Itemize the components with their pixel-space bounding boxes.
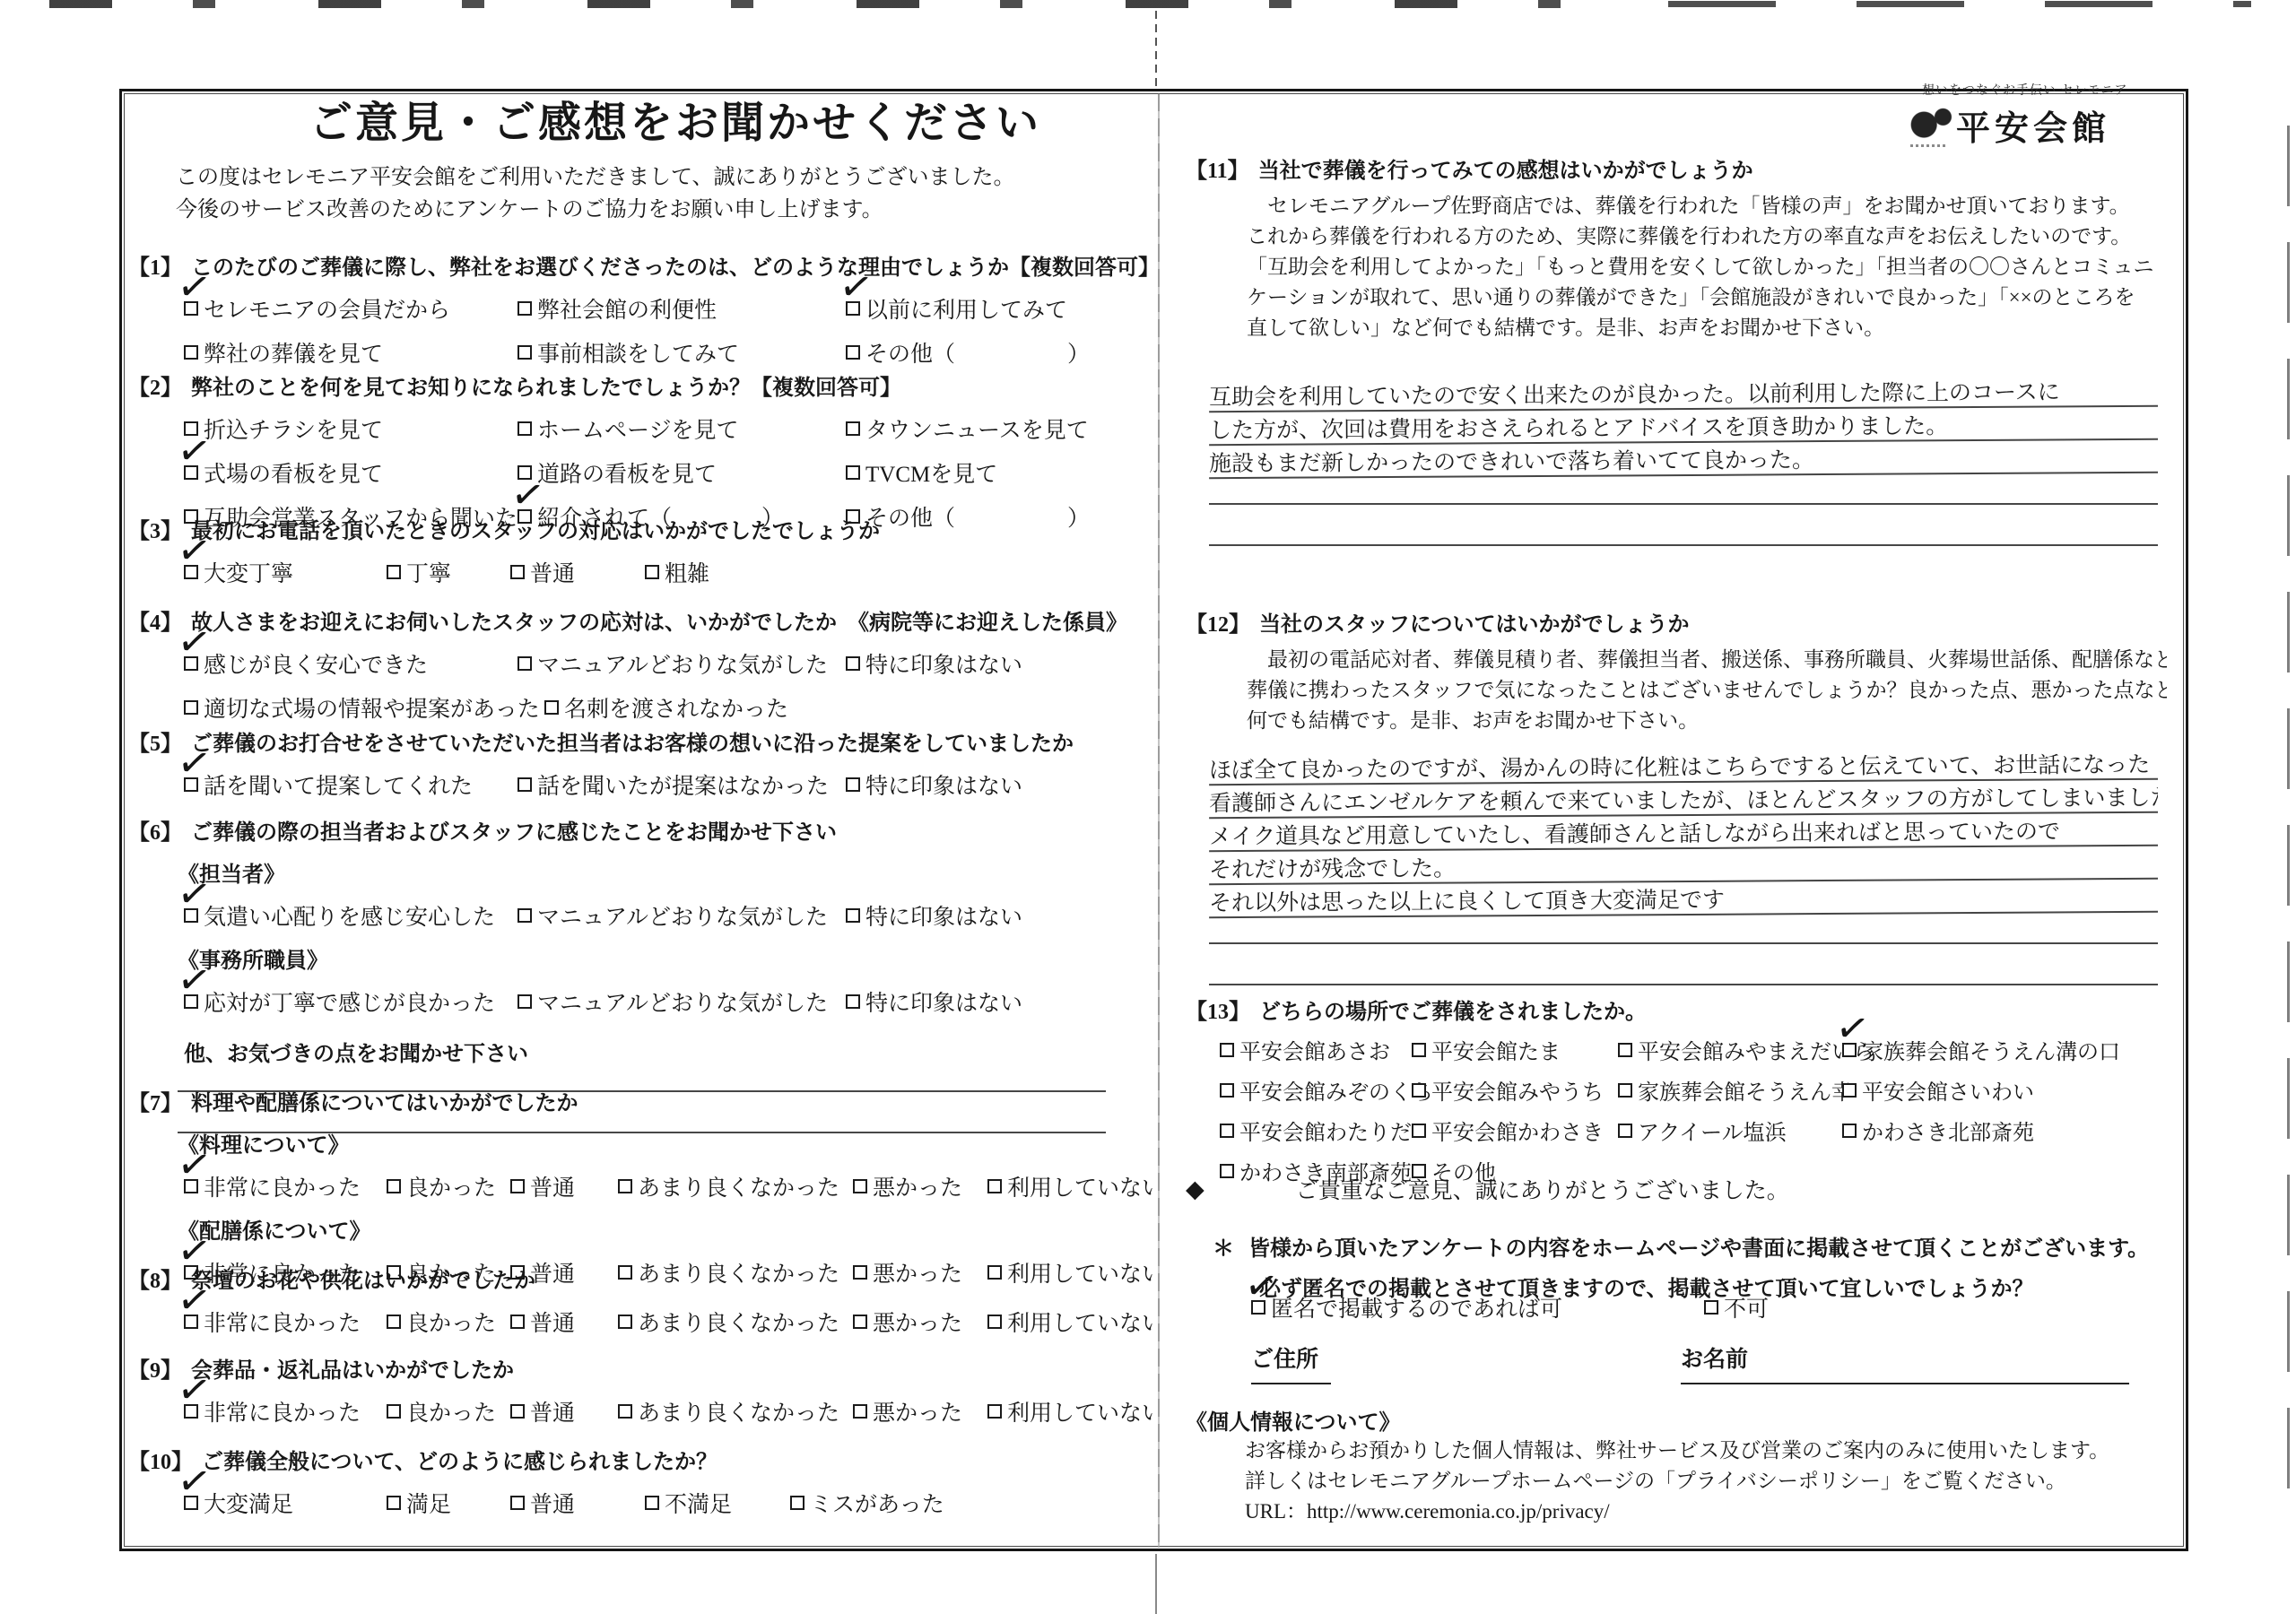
- checkbox: [846, 656, 860, 671]
- checkbox-option[interactable]: 平安会館さいわい: [1842, 1074, 2034, 1106]
- question-text: 当社のスタッフについてはいかがでしょうか: [1259, 613, 1690, 637]
- option-label: 平安会館さいわい: [1862, 1074, 2034, 1106]
- option-label: 以前に利用してみて: [865, 292, 1067, 325]
- checkbox: [987, 1404, 1002, 1419]
- handwritten-checkmark: ✓: [1241, 1264, 1283, 1309]
- note-line-1: ＊皆様から頂いたアンケートの内容をホームページや書面に掲載させて頂くことがござい…: [1213, 1230, 2149, 1262]
- checkbox: [1220, 1083, 1234, 1098]
- options-row: 平安会館みぞのくち 平安会館みやうち 家族葬会館そうえん幸 平安会館さいわい: [1220, 1074, 2167, 1106]
- option-label: 特に印象はない: [865, 899, 1022, 932]
- handwritten-checkmark: ✓: [174, 872, 216, 917]
- checkbox-option[interactable]: あまり良くなかった: [618, 1395, 853, 1427]
- option-label: 悪かった: [873, 1170, 962, 1202]
- checkbox-option[interactable]: かわさき北部斎苑: [1842, 1115, 2034, 1146]
- question-title: 【3】最初にお電話を頂いたときのスタッフの対応はいかがでしたでしょうか: [128, 513, 1152, 544]
- checkbox-option[interactable]: 平安会館たま: [1412, 1034, 1618, 1065]
- scan-artifact-top-edge-right: [1668, 1, 2251, 7]
- checkbox-option[interactable]: ✓非常に良かった: [184, 1395, 387, 1427]
- privacy-header: 《個人情報について》: [1186, 1404, 2167, 1436]
- column-divider-line: [1158, 93, 1160, 1548]
- handwritten-checkmark: ✓: [174, 1279, 216, 1323]
- option-label: 感じが良く安心できた: [204, 647, 428, 680]
- options-row: ✓非常に良かった 良かった 普通 あまり良くなかった 悪かった 利用していない: [184, 1170, 1152, 1202]
- option-label: セレモニアの会員だから: [204, 292, 450, 325]
- signature-fields: ご住所 お名前: [1251, 1341, 2129, 1384]
- subgroup-label: 《配膳係について》: [178, 1213, 1152, 1245]
- checkbox-option[interactable]: ✓大変満足: [184, 1487, 387, 1519]
- checkbox-option[interactable]: 普通: [510, 1487, 645, 1519]
- question-title: 【6】ご葬儀の際の担当者およびスタッフに感じたことをお聞かせ下さい: [128, 814, 1152, 846]
- option-label: 良かった: [406, 1395, 496, 1427]
- options-row: 平安会館あさお 平安会館たま 平安会館みやまえだいら ✓家族葬会館そうえん溝の口: [1220, 1034, 2167, 1065]
- checkbox-option[interactable]: あまり良くなかった: [618, 1170, 853, 1202]
- options-row: ✓セレモニアの会員だから 弊社会館の利便性 ✓以前に利用してみて: [184, 292, 1152, 325]
- checkbox: [510, 1496, 525, 1510]
- handwritten-checkmark: ✓: [174, 265, 216, 310]
- checkbox-option[interactable]: 平安会館みやまえだいら: [1618, 1034, 1842, 1065]
- description-line: セレモニアグループ佐野商店では、葬儀を行われた「皆様の声」をお聞かせ頂いておりま…: [1247, 191, 2167, 221]
- option-label: 気遣い心配りを感じ安心した: [204, 899, 495, 932]
- answer-line: [1209, 942, 2158, 944]
- option-label: 良かった: [406, 1170, 496, 1202]
- handwritten-checkmark: ✓: [508, 473, 550, 518]
- question-title: 【11】当社で葬儀を行ってみての感想はいかがでしょうか: [1186, 152, 2167, 184]
- checkbox: [1412, 1043, 1426, 1057]
- flower-logo-icon: [1906, 104, 1956, 147]
- checkbox-option[interactable]: 特に印象はない: [846, 899, 1022, 932]
- option-label: 平安会館わたりだ: [1239, 1115, 1412, 1146]
- option-label: 非常に良かった: [204, 1306, 361, 1338]
- question-text: 当社で葬儀を行ってみての感想はいかがでしょうか: [1258, 160, 1753, 183]
- option-label: 不満足: [665, 1487, 732, 1519]
- question-number: 【7】: [128, 1092, 182, 1115]
- question-4: 【4】故人さまをお迎えにお伺いしたスタッフの応対は、いかがでしたか 《病院等にお…: [128, 604, 1152, 724]
- question-number: 【2】: [128, 377, 182, 400]
- checkbox-option[interactable]: 道路の看板を見て: [517, 456, 846, 489]
- answer-line: [1209, 984, 2158, 985]
- checkbox-option[interactable]: 特に印象はない: [846, 768, 1022, 801]
- options-row: ✓応対が丁寧で感じが良かった マニュアルどおりな気がした 特に印象はない: [184, 985, 1152, 1018]
- options-row: ✓気遣い心配りを感じ安心した マニュアルどおりな気がした 特に印象はない: [184, 899, 1152, 932]
- checkbox-option[interactable]: 粗雑: [645, 556, 709, 588]
- handwritten-checkmark: ✓: [174, 1143, 216, 1188]
- checkbox: [987, 1315, 1002, 1329]
- checkbox: [517, 908, 532, 923]
- question-title: 【8】祭壇のお花や供花はいかがでしたか: [128, 1263, 1152, 1294]
- checkbox-option[interactable]: ✓セレモニアの会員だから: [184, 292, 517, 325]
- free-comment-prompt: 他、お気づきの点をお聞かせ下さい: [184, 1036, 1152, 1067]
- checkbox-option[interactable]: 平安会館みぞのくち: [1220, 1074, 1412, 1106]
- checkbox: [846, 908, 860, 923]
- checkbox: [517, 994, 532, 1009]
- checkbox-option[interactable]: 不満足: [645, 1487, 790, 1519]
- description-line: これから葬儀を行われる方のため、実際に葬儀を行われた方の率直な声をお伝えしたいの…: [1247, 221, 2167, 252]
- question-number: 【3】: [128, 520, 182, 543]
- checkbox: [987, 1179, 1002, 1193]
- question-7: 【7】料理や配膳係についてはいかがでしたか 《料理について》 ✓非常に良かった …: [128, 1085, 1152, 1289]
- option-label: アクイール塩浜: [1638, 1115, 1787, 1146]
- fold-line-top: [1155, 11, 1157, 88]
- checkbox: [853, 1315, 867, 1329]
- checkbox-option[interactable]: 折込チラシを見て: [184, 412, 517, 445]
- handwritten-checkmark: ✓: [836, 265, 878, 310]
- question-title: 【12】当社のスタッフについてはいかがでしょうか: [1186, 606, 2167, 638]
- intro-text: この度はセレモニア平安会館をご利用いただきまして、誠にありがとうございました。 …: [176, 161, 1153, 226]
- checkbox: [387, 1404, 401, 1419]
- checkbox-option[interactable]: ✓非常に良かった: [184, 1306, 387, 1338]
- checkbox-option[interactable]: ✓感じが良く安心できた: [184, 647, 517, 680]
- checkbox-option[interactable]: あまり良くなかった: [618, 1306, 853, 1338]
- question-number: 【9】: [128, 1359, 182, 1383]
- option-label: 弊社会館の利便性: [537, 292, 717, 325]
- option-label: 利用していない: [1007, 1395, 1152, 1427]
- scan-artifact-top-edge: [49, 0, 1628, 8]
- option-label: その他（ ）: [865, 336, 1090, 369]
- checkbox-option[interactable]: 丁寧: [387, 556, 510, 588]
- address-field[interactable]: ご住所: [1251, 1341, 1331, 1384]
- handwriting-line: それだけが残念でした。: [1209, 846, 2158, 885]
- options-row: ✓大変満足 満足 普通 不満足 ミスがあった: [184, 1487, 1152, 1519]
- checkbox: [517, 656, 532, 671]
- option-label: TVCMを見て: [865, 456, 997, 489]
- checkbox-option[interactable]: 特に印象はない: [846, 647, 1022, 680]
- option-label: 道路の看板を見て: [537, 456, 717, 489]
- checkbox-option[interactable]: 悪かった: [853, 1306, 987, 1338]
- checkbox: [1412, 1124, 1426, 1138]
- checkbox: [1618, 1043, 1632, 1057]
- checkbox: [645, 565, 659, 579]
- question-5: 【5】ご葬儀のお打合せをさせていただいた担当者はお客様の想いに沿った提案をしてい…: [128, 725, 1152, 801]
- answer-line: [1209, 503, 2158, 505]
- description-line: 葬儀に携わったスタッフで気になったことはございませんでしょうか？良かった点、悪か…: [1247, 675, 2167, 706]
- option-label: 適切な式場の情報や提案があった: [204, 691, 540, 724]
- checkbox-option[interactable]: 良かった: [387, 1395, 510, 1427]
- checkbox: [618, 1404, 632, 1419]
- option-label: 普通: [530, 1170, 575, 1202]
- privacy-url[interactable]: URL：http://www.ceremonia.co.jp/privacy/: [1245, 1497, 2167, 1527]
- handwritten-checkmark: ✓: [174, 742, 216, 786]
- question-title: 【9】会葬品・返礼品はいかがでしたか: [128, 1352, 1152, 1384]
- checkbox-option[interactable]: 普通: [510, 1170, 618, 1202]
- question-text: ご葬儀全般について、どのように感じられましたか？: [202, 1451, 717, 1474]
- checkbox: [510, 565, 525, 579]
- question-title: 【10】ご葬儀全般について、どのように感じられましたか？: [128, 1444, 1152, 1475]
- checkbox-option[interactable]: ✓家族葬会館そうえん溝の口: [1842, 1034, 2120, 1065]
- question-description: セレモニアグループ佐野商店では、葬儀を行われた「皆様の声」をお聞かせ頂いておりま…: [1247, 191, 2167, 343]
- question-2: 【2】弊社のことを何を見てお知りになられましたでしょうか？【複数回答可】 折込チ…: [128, 369, 1152, 533]
- option-label: 大変満足: [204, 1487, 293, 1519]
- option-label: 特に印象はない: [865, 985, 1022, 1018]
- checkbox-option[interactable]: マニュアルどおりな気がした: [517, 647, 846, 680]
- checkbox: [184, 345, 198, 360]
- option-label: 匿名で掲載するのであれば可: [1271, 1291, 1562, 1323]
- option-label: 満足: [406, 1487, 451, 1519]
- fold-line-bottom: [1155, 1554, 1157, 1614]
- checkbox-option[interactable]: 弊社会館の利便性: [517, 292, 846, 325]
- question-text: ご葬儀の際の担当者およびスタッフに感じたことをお聞かせ下さい: [191, 821, 837, 845]
- checkbox: [846, 994, 860, 1009]
- checkbox-option[interactable]: 悪かった: [853, 1395, 987, 1427]
- checkbox: [387, 1179, 401, 1193]
- option-label: 家族葬会館そうえん幸: [1638, 1074, 1853, 1106]
- question-text: 会葬品・返礼品はいかがでしたか: [191, 1359, 514, 1383]
- checkbox-option[interactable]: 利用していない: [987, 1306, 1152, 1338]
- option-label: 弊社の葬儀を見て: [204, 336, 383, 369]
- checkbox-option[interactable]: ✓非常に良かった: [184, 1170, 387, 1202]
- checkbox-option[interactable]: マニュアルどおりな気がした: [517, 899, 846, 932]
- option-label: ホームページを見て: [537, 412, 739, 445]
- question-text: 最初にお電話を頂いたときのスタッフの対応はいかがでしたでしょうか: [191, 520, 880, 543]
- question-10: 【10】ご葬儀全般について、どのように感じられましたか？ ✓大変満足 満足 普通…: [128, 1444, 1152, 1519]
- consent-options: ✓匿名で掲載するのであれば可 不可: [1251, 1291, 1769, 1323]
- question-number: 【12】: [1186, 613, 1250, 637]
- question-text: 料理や配膳係についてはいかがでしたか: [191, 1092, 578, 1115]
- question-title: 【4】故人さまをお迎えにお伺いしたスタッフの応対は、いかがでしたか 《病院等にお…: [128, 604, 1152, 636]
- checkbox: [1618, 1083, 1632, 1098]
- option-label: 応対が丁寧で感じが良かった: [204, 985, 495, 1018]
- checkbox-option[interactable]: ミスがあった: [790, 1487, 944, 1519]
- brand-name: 平安会館: [1956, 100, 2110, 150]
- option-label: 話を聞いて提案してくれた: [204, 768, 473, 801]
- option-label: マニュアルどおりな気がした: [537, 647, 828, 680]
- question-3: 【3】最初にお電話を頂いたときのスタッフの対応はいかがでしたでしょうか ✓大変丁…: [128, 513, 1152, 588]
- checkbox: [846, 777, 860, 792]
- checkbox-option[interactable]: ✓大変丁寧: [184, 556, 387, 588]
- option-label: 平安会館みやうち: [1431, 1074, 1604, 1106]
- checkbox-option[interactable]: 事前相談をしてみて: [517, 336, 846, 369]
- option-label: 平安会館かわさき: [1431, 1115, 1604, 1146]
- options-row: 適切な式場の情報や提案があった 名刺を渡されなかった: [184, 691, 1152, 724]
- question-text: 祭壇のお花や供花はいかがでしたか: [191, 1270, 535, 1293]
- question-9: 【9】会葬品・返礼品はいかがでしたか ✓非常に良かった 良かった 普通 あまり良…: [128, 1352, 1152, 1427]
- answer-line: [1209, 544, 2158, 546]
- checkbox: [387, 565, 401, 579]
- option-label: 平安会館みぞのくち: [1239, 1074, 1433, 1106]
- handwritten-checkmark: ✓: [174, 1460, 216, 1505]
- option-label: 普通: [530, 1487, 575, 1519]
- option-label: ミスがあった: [810, 1487, 944, 1519]
- description-line: 「互助会を利用してよかった」「もっと費用を安くして欲しかった」「担当者の〇〇さん…: [1247, 252, 2167, 282]
- checkbox: [517, 777, 532, 792]
- option-label: 利用していない: [1007, 1306, 1152, 1338]
- options-row: ✓式場の看板を見て 道路の看板を見て TVCMを見て: [184, 456, 1152, 489]
- checkbox: [387, 1315, 401, 1329]
- checkbox: [1412, 1083, 1426, 1098]
- checkbox-option[interactable]: ✓式場の看板を見て: [184, 456, 517, 489]
- checkbox: [846, 465, 860, 480]
- question-title: 【7】料理や配膳係についてはいかがでしたか: [128, 1085, 1152, 1116]
- checkbox-option[interactable]: 適切な式場の情報や提案があった: [184, 691, 544, 724]
- option-label: 良かった: [406, 1306, 496, 1338]
- question-title: 【2】弊社のことを何を見てお知りになられましたでしょうか？【複数回答可】: [128, 369, 1152, 401]
- checkbox-option[interactable]: 話を聞いたが提案はなかった: [517, 768, 846, 801]
- page-title: ご意見・ご感想をお聞かせください: [309, 88, 1041, 150]
- checkbox-option[interactable]: 利用していない: [987, 1395, 1152, 1427]
- checkbox-option[interactable]: ホームページを見て: [517, 412, 846, 445]
- option-label: 家族葬会館そうえん溝の口: [1862, 1034, 2120, 1065]
- option-label: マニュアルどおりな気がした: [537, 985, 828, 1018]
- option-label: 事前相談をしてみて: [537, 336, 739, 369]
- option-label: 非常に良かった: [204, 1170, 361, 1202]
- question-title: 【5】ご葬儀のお打合せをさせていただいた担当者はお客様の想いに沿った提案をしてい…: [128, 725, 1152, 757]
- handwriting-line: それ以外は思った以上に良くして頂き大変満足です: [1209, 880, 2158, 918]
- option-label: 利用していない: [1007, 1170, 1152, 1202]
- option-label: 不可: [1724, 1291, 1769, 1323]
- checkbox-option[interactable]: その他（ ）: [846, 336, 1090, 369]
- checkbox-option[interactable]: ✓話を聞いて提案してくれた: [184, 768, 517, 801]
- question-title: 【1】このたびのご葬儀に際し、弊社をお選びくださったのは、どのような理由でしょう…: [128, 249, 1152, 281]
- subgroup-label: 《料理について》: [178, 1127, 1152, 1158]
- name-field[interactable]: お名前: [1681, 1341, 2129, 1384]
- handwriting-line: メイク道具など用意していたし、看護師さんと話しながら出来ればと思っていたので: [1209, 813, 2158, 852]
- question-text: 故人さまをお迎えにお伺いしたスタッフの応対は、いかがでしたか 《病院等にお迎えし…: [191, 612, 1127, 635]
- checkbox-option[interactable]: 弊社の葬儀を見て: [184, 336, 517, 369]
- option-label: 名刺を渡されなかった: [564, 691, 788, 724]
- checkbox-option[interactable]: 普通: [510, 556, 645, 588]
- options-row: ✓大変丁寧 丁寧 普通 粗雑: [184, 556, 1152, 588]
- question-description: 最初の電話応対者、葬儀見積り者、葬儀担当者、搬送係、事務所職員、火葬場世話係、配…: [1247, 645, 2167, 736]
- option-label: 平安会館たま: [1431, 1034, 1561, 1065]
- checkbox-option[interactable]: 良かった: [387, 1170, 510, 1202]
- checkbox: [1704, 1300, 1718, 1315]
- question-12: 【12】当社のスタッフについてはいかがでしょうか 最初の電話応対者、葬儀見積り者…: [1186, 606, 2167, 736]
- checkbox: [618, 1315, 632, 1329]
- option-label: タウンニュースを見て: [865, 412, 1089, 445]
- checkbox: [510, 1404, 525, 1419]
- checkbox-option[interactable]: 利用していない: [987, 1170, 1152, 1202]
- checkbox: [1842, 1124, 1857, 1138]
- question-11: 【11】当社で葬儀を行ってみての感想はいかがでしょうか セレモニアグループ佐野商…: [1186, 152, 2167, 343]
- options-row: 弊社の葬儀を見て 事前相談をしてみて その他（ ）: [184, 336, 1152, 369]
- option-label: かわさき北部斎苑: [1862, 1115, 2034, 1146]
- checkbox-option[interactable]: 平安会館みやうち: [1412, 1074, 1618, 1106]
- checkbox: [544, 700, 559, 715]
- checkbox-option[interactable]: TVCMを見て: [846, 456, 997, 489]
- question-number: 【8】: [128, 1270, 182, 1293]
- checkbox-option[interactable]: 不可: [1704, 1291, 1769, 1323]
- checkbox: [853, 1404, 867, 1419]
- handwritten-checkmark: ✓: [1832, 1007, 1874, 1052]
- question-number: 【13】: [1186, 1001, 1250, 1024]
- checkbox-option[interactable]: 普通: [510, 1306, 618, 1338]
- checkbox: [1618, 1124, 1632, 1138]
- description-line: ケーションが取れて、思い通りの葬儀ができた」「会館施設がきれいで良かった」「××…: [1247, 282, 2167, 313]
- checkbox-option[interactable]: 普通: [510, 1395, 618, 1427]
- checkbox-option[interactable]: 特に印象はない: [846, 985, 1022, 1018]
- privacy-line-1: お客様からお預かりした個人情報は、弊社サービス及び営業のご案内のみに使用いたしま…: [1245, 1436, 2167, 1466]
- question-number: 【4】: [128, 612, 182, 635]
- options-row: ✓感じが良く安心できた マニュアルどおりな気がした 特に印象はない: [184, 647, 1152, 680]
- option-label: あまり良くなかった: [638, 1395, 839, 1427]
- checkbox-option[interactable]: ✓以前に利用してみて: [846, 292, 1067, 325]
- checkbox-option[interactable]: 平安会館あさお: [1220, 1034, 1412, 1065]
- checkbox: [184, 700, 198, 715]
- checkbox-option[interactable]: 良かった: [387, 1306, 510, 1338]
- question-text: 弊社のことを何を見てお知りになられましたでしょうか？【複数回答可】: [191, 377, 901, 400]
- question-number: 【5】: [128, 733, 182, 756]
- scanned-survey-page: ご意見・ご感想をお聞かせください この度はセレモニア平安会館をご利用いただきまし…: [0, 0, 2296, 1614]
- checkbox-option[interactable]: 悪かった: [853, 1170, 987, 1202]
- thanks-note: ◆ ご貴重なご意見、誠にありがとうございました。: [1186, 1173, 1789, 1205]
- checkbox-option[interactable]: タウンニュースを見て: [846, 412, 1089, 445]
- option-label: 特に印象はない: [865, 768, 1022, 801]
- scan-artifact-right-edge: [2287, 126, 2290, 1524]
- option-label: 話を聞いたが提案はなかった: [537, 768, 829, 801]
- checkbox: [517, 345, 532, 360]
- options-row: 平安会館わたりだ 平安会館かわさき アクイール塩浜 かわさき北部斎苑: [1220, 1115, 2167, 1146]
- intro-line-2: 今後のサービス改善のためにアンケートのご協力をお願い申し上げます。: [176, 194, 1153, 226]
- intro-line-1: この度はセレモニア平安会館をご利用いただきまして、誠にありがとうございました。: [176, 161, 1153, 194]
- checkbox-option[interactable]: 名刺を渡されなかった: [544, 691, 788, 724]
- handwritten-checkmark: ✓: [174, 1368, 216, 1413]
- brand-logo: 想いをつなぐお手伝い セレモニア 平安会館: [1906, 81, 2179, 150]
- handwritten-checkmark: ✓: [174, 959, 216, 1003]
- checkbox: [1220, 1124, 1234, 1138]
- brand-tagline: 想いをつなぐお手伝い セレモニア: [1922, 81, 2179, 99]
- checkbox: [645, 1496, 659, 1510]
- description-line: 何でも結構です。是非、お声をお聞かせ下さい。: [1247, 706, 2167, 736]
- subgroup-label: 《担当者》: [178, 856, 1152, 888]
- option-label: 粗雑: [665, 556, 709, 588]
- thanks-text: ご貴重なご意見、誠にありがとうございました。: [1296, 1173, 1789, 1205]
- checkbox-option[interactable]: 平安会館わたりだ: [1220, 1115, 1412, 1146]
- checkbox-option[interactable]: 家族葬会館そうえん幸: [1618, 1074, 1842, 1106]
- checkbox-option[interactable]: アクイール塩浜: [1618, 1115, 1842, 1146]
- option-label: マニュアルどおりな気がした: [537, 899, 828, 932]
- checkbox: [517, 301, 532, 316]
- checkbox: [517, 421, 532, 436]
- question-text: このたびのご葬儀に際し、弊社をお選びくださったのは、どのような理由でしょうか【複…: [191, 256, 1152, 280]
- handwriting-line: した方が、次回は費用をおさえられるとアドバイスを頂き助かりました。: [1209, 407, 2158, 446]
- option-label: 大変丁寧: [204, 556, 293, 588]
- handwriting-line: 施設もまだ新しかったのできれいで落ち着いてて良かった。: [1209, 440, 2158, 479]
- handwritten-answer-q11: 互助会を利用していたので安く出来たのが良かった。以前利用した際に上のコースに し…: [1209, 377, 2158, 546]
- checkbox: [618, 1179, 632, 1193]
- handwritten-checkmark: ✓: [174, 529, 216, 574]
- checkbox: [1842, 1083, 1857, 1098]
- options-row: ✓非常に良かった 良かった 普通 あまり良くなかった 悪かった 利用していない: [184, 1395, 1152, 1427]
- question-text: どちらの場所でご葬儀をされましたか。: [1259, 1001, 1647, 1024]
- checkbox-option[interactable]: ✓気遣い心配りを感じ安心した: [184, 899, 517, 932]
- question-8: 【8】祭壇のお花や供花はいかがでしたか ✓非常に良かった 良かった 普通 あまり…: [128, 1263, 1152, 1338]
- option-label: 普通: [530, 1306, 575, 1338]
- description-line: 直して欲しい」など何でも結構です。是非、お声をお聞かせ下さい。: [1247, 313, 2167, 343]
- option-label: あまり良くなかった: [638, 1306, 839, 1338]
- note-text: 皆様から頂いたアンケートの内容をホームページや書面に掲載させて頂くことがございま…: [1248, 1237, 2149, 1261]
- option-label: 悪かった: [873, 1395, 962, 1427]
- checkbox: [510, 1315, 525, 1329]
- option-label: 普通: [530, 556, 575, 588]
- options-row: ✓話を聞いて提案してくれた 話を聞いたが提案はなかった 特に印象はない: [184, 768, 1152, 801]
- checkbox-option[interactable]: 満足: [387, 1487, 510, 1519]
- option-label: 悪かった: [873, 1306, 962, 1338]
- question-number: 【11】: [1186, 160, 1249, 183]
- checkbox-option[interactable]: ✓匿名で掲載するのであれば可: [1251, 1291, 1704, 1323]
- handwriting-line: 看護師さんにエンゼルケアを頼んで来ていましたが、ほとんどスタッフの方がしてしまい…: [1209, 780, 2158, 819]
- option-label: 平安会館あさお: [1239, 1034, 1390, 1065]
- checkbox: [1220, 1043, 1234, 1057]
- checkbox: [510, 1179, 525, 1193]
- diamond-icon: ◆: [1186, 1176, 1205, 1203]
- option-label: 折込チラシを見て: [204, 412, 383, 445]
- checkbox-option[interactable]: 平安会館かわさき: [1412, 1115, 1618, 1146]
- checkbox-option[interactable]: ✓応対が丁寧で感じが良かった: [184, 985, 517, 1018]
- question-1: 【1】このたびのご葬儀に際し、弊社をお選びくださったのは、どのような理由でしょう…: [128, 249, 1152, 369]
- checkbox: [853, 1179, 867, 1193]
- option-label: 式場の看板を見て: [204, 456, 383, 489]
- checkbox-option[interactable]: マニュアルどおりな気がした: [517, 985, 846, 1018]
- checkbox: [387, 1496, 401, 1510]
